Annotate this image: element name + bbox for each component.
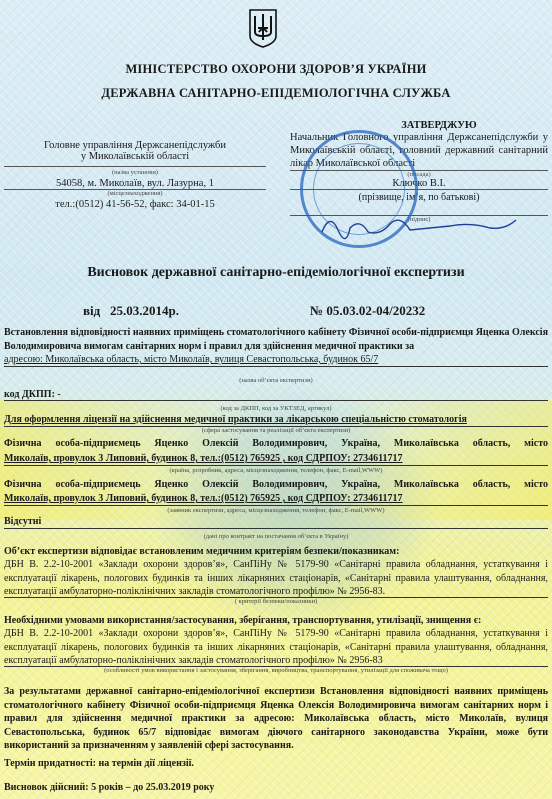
conditions-text: ДБН В. 2.2-10-2001 «Заклади охорони здор… — [4, 627, 548, 668]
criteria-caption: ( критерії безпеки/показники) — [0, 598, 552, 605]
institution-phones: тел.:(0512) 41-56-52, факс: 34-01-15 — [0, 199, 270, 210]
institution-block: Головне управління Держсанепідслужби у М… — [0, 140, 270, 210]
approval-name-caption: (прізвище, ім’я, по батькові) — [290, 192, 548, 203]
applicant-caption: (заявник експертизи, адреса, місцезнаход… — [0, 507, 552, 514]
scope-caption: (сфера застосування та реалізації об’єкт… — [0, 427, 552, 434]
institution-name-line2: у Миколаївській області — [4, 151, 266, 167]
code-caption: (код за ДКПП, код за УКТЗЕД, артикул) — [0, 405, 552, 412]
validity-valid: Висновок дійсний: 5 років – до 25.03.201… — [4, 781, 548, 795]
trident-coat-of-arms-icon — [248, 8, 278, 48]
conditions-heading: Необхідними умовами використання/застосу… — [4, 614, 548, 628]
approval-signature-caption: (підпис) — [290, 216, 548, 223]
applicant-line2: Миколаїв, провулок 3 Липовий, будинок 8,… — [4, 492, 548, 506]
approval-position: Начальник Головного управління Держсанеп… — [290, 131, 548, 171]
document-number: № 05.03.02-04/20232 — [310, 303, 425, 319]
institution-address: 54058, м. Миколаїв, вул. Лазурна, 1 — [4, 178, 266, 190]
manufacturer-line2: Миколаїв, провулок 3 Липовий, будинок 8,… — [4, 452, 548, 466]
validity-term: Термін придатності: на термін дії ліценз… — [4, 757, 548, 771]
scope-text: Для оформлення ліцензії на здійснення ме… — [4, 413, 548, 427]
ministry-heading: МІНІСТЕРСТВО ОХОРОНИ ЗДОРОВ’Я УКРАЇНИ — [0, 62, 552, 77]
approval-block: ЗАТВЕРДЖУЮ Начальник Головного управлінн… — [290, 120, 548, 223]
object-caption: (назва об’єкта експертизи) — [0, 377, 552, 384]
approval-heading: ЗАТВЕРДЖУЮ — [290, 120, 548, 131]
document-title: Висновок державної санітарно-епідеміолог… — [0, 265, 552, 281]
service-heading: ДЕРЖАВНА САНІТАРНО-ЕПІДЕМІОЛОГІЧНА СЛУЖБ… — [0, 86, 552, 101]
criteria-text: ДБН В. 2.2-10-2001 «Заклади охорони здор… — [4, 558, 548, 599]
document-date-row: від 25.03.2014р. — [83, 303, 179, 319]
manufacturer-caption: (країна, розробник, адреса, місцезнаходж… — [0, 467, 552, 474]
applicant-line1: Фізична особа-підприємець Яценко Олексій… — [4, 478, 548, 492]
approval-name: Ключко В.І. — [290, 178, 548, 190]
object-text: Встановлення відповідності наявних примі… — [4, 326, 548, 353]
contract-text: Відсутні — [4, 515, 548, 529]
institution-name-line1: Головне управління Держсанепідслужби — [0, 140, 270, 151]
conditions-caption: (особливості умов використання і застосу… — [0, 667, 552, 674]
institution-address-caption: (місцезнаходження) — [0, 190, 270, 197]
contract-caption: (дані про контракт на постачання об’єкта… — [0, 533, 552, 540]
object-address: адресою: Миколаївська область, місто Мик… — [4, 353, 548, 367]
institution-name-caption: (назва установи) — [0, 169, 270, 176]
manufacturer-line1: Фізична особа-підприємець Яценко Олексій… — [4, 437, 548, 451]
approval-position-caption: (посада) — [290, 171, 548, 178]
criteria-heading: Об’єкт експертизи відповідає встановлени… — [4, 545, 548, 559]
document-date: 25.03.2014р. — [110, 303, 179, 318]
date-label: від — [83, 303, 100, 318]
conclusion-text: За результатами державної санітарно-епід… — [4, 685, 548, 753]
